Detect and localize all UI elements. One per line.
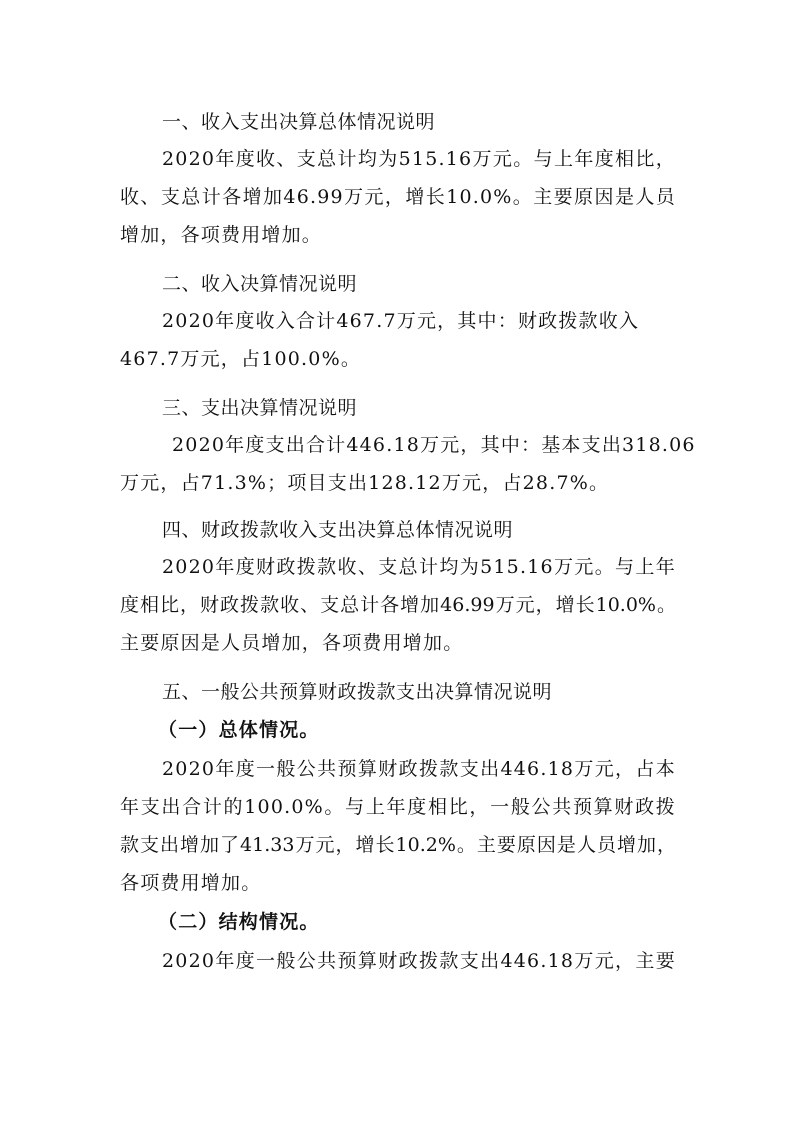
section-4-line-3: 主要原因是人员增加，各项费用增加。 — [120, 631, 676, 655]
section-2-line-1: 2020年度收入合计467.7万元，其中：财政拨款收入 — [162, 309, 676, 333]
section-3-heading: 三、支出决算情况说明 — [162, 396, 676, 420]
section-3-line-2: 万元，占71.3%；项目支出128.12万元，占28.7%。 — [120, 471, 676, 495]
subsection-2-line-1: 2020年度一般公共预算财政拨款支出446.18万元，主要 — [162, 949, 676, 973]
document-page: 一、收入支出决算总体情况说明 2020年度收、支总计均为515.16万元。与上年… — [0, 0, 793, 1122]
section-2-line-2: 467.7万元，占100.0%。 — [120, 347, 676, 371]
subsection-2-heading: （二）结构情况。 — [158, 910, 672, 934]
section-4-line-2: 度相比，财政拨款收、支总计各增加46.99万元，增长10.0%。 — [120, 593, 676, 617]
section-1-heading: 一、收入支出决算总体情况说明 — [162, 110, 676, 134]
section-4-line-1: 2020年度财政拨款收、支总计均为515.16万元。与上年 — [162, 555, 676, 579]
section-3-line-1: 2020年度支出合计446.18万元，其中：基本支出318.06 — [172, 433, 676, 457]
section-2-heading: 二、收入决算情况说明 — [162, 272, 676, 296]
section-1-line-2: 收、支总计各增加46.99万元，增长10.0%。主要原因是人员 — [120, 185, 676, 209]
subsection-1-heading: （一）总体情况。 — [158, 718, 672, 742]
subsection-1-line-1: 2020年度一般公共预算财政拨款支出446.18万元，占本 — [162, 757, 676, 781]
section-1-line-1: 2020年度收、支总计均为515.16万元。与上年度相比， — [162, 147, 676, 171]
subsection-1-line-3: 款支出增加了41.33万元，增长10.2%。主要原因是人员增加， — [120, 833, 676, 857]
subsection-1-line-2: 年支出合计的100.0%。与上年度相比，一般公共预算财政拨 — [120, 795, 676, 819]
section-5-heading: 五、一般公共预算财政拨款支出决算情况说明 — [162, 680, 676, 704]
section-1-line-3: 增加，各项费用增加。 — [120, 223, 676, 247]
section-4-heading: 四、财政拨款收入支出决算总体情况说明 — [162, 518, 676, 542]
subsection-1-line-4: 各项费用增加。 — [120, 871, 676, 895]
